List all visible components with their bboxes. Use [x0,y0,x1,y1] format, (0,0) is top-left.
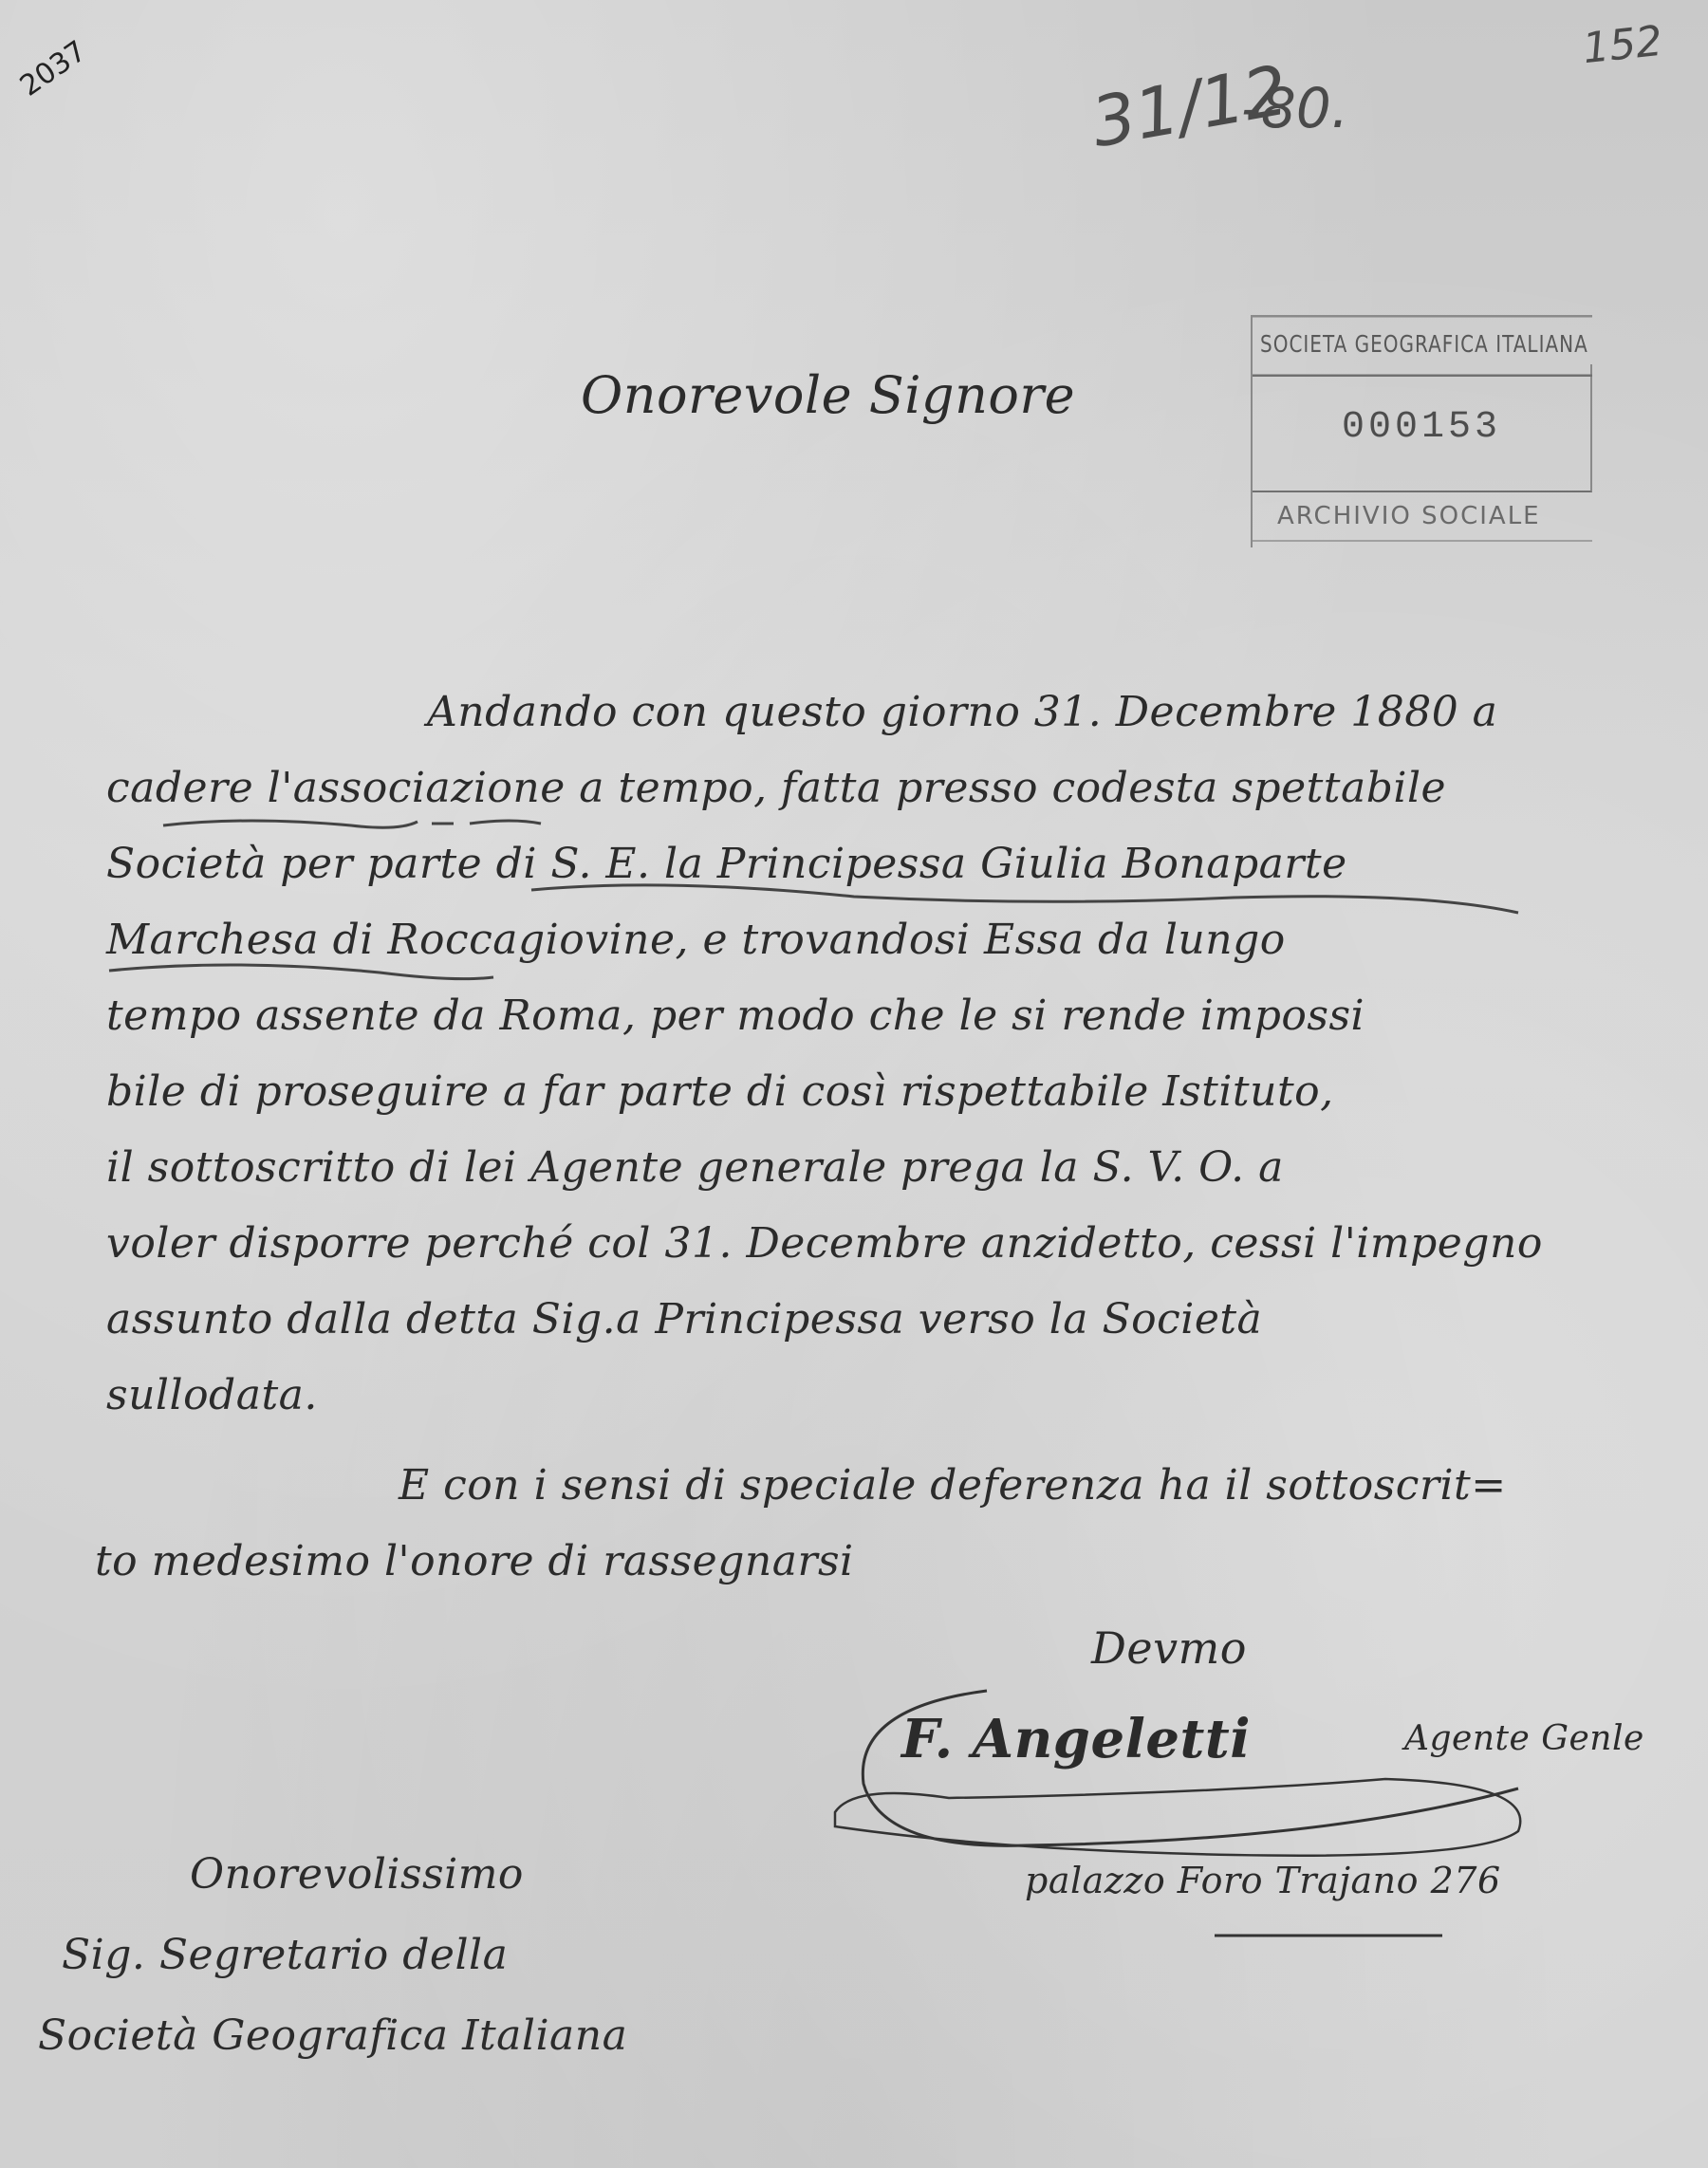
recipient-line: Onorevolissimo [190,1850,524,1899]
body-line: sullodata. [106,1371,318,1419]
archive-stamp: SOCIETA GEOGRAFICA ITALIANA 000153 ARCHI… [1251,315,1592,547]
recipient-line: Sig. Segretario della [62,1931,508,1979]
body-line: voler disporre perché col 31. Decembre a… [106,1219,1543,1268]
date-note-year: -80. [1241,76,1348,140]
salutation: Onorevole Signore [581,365,1075,425]
valediction: Devmo [1091,1622,1247,1674]
closing-line: to medesimo l'onore di rassegnarsi [95,1537,854,1585]
signature-title: Agente Genle [1404,1719,1644,1758]
sender-address: palazzo Foro Trajano 276 [1025,1860,1501,1901]
body-line: cadere l'associazione a tempo, fatta pre… [106,764,1446,812]
body-line: il sottoscritto di lei Agente generale p… [106,1143,1284,1192]
stamp-header: SOCIETA GEOGRAFICA ITALIANA [1253,315,1592,377]
archive-folio-number-left: 2037 [14,34,93,102]
body-line: Società per parte di S. E. la Principess… [106,840,1347,888]
stamp-footer: ARCHIVIO SOCIALE [1253,492,1592,542]
body-line: tempo assente da Roma, per modo che le s… [106,991,1365,1040]
archive-folio-number-right: 152 [1581,17,1665,73]
body-line: assunto dalla detta Sig.a Principessa ve… [106,1295,1262,1343]
body-line: Andando con questo giorno 31. Decembre 1… [427,688,1497,736]
signature: F. Angeletti [901,1708,1251,1770]
body-line: Marchesa di Roccagiovine, e trovandosi E… [106,916,1286,964]
stamp-number: 000153 [1253,364,1592,492]
closing-line: E con i sensi di speciale deferenza ha i… [399,1461,1507,1510]
body-line: bile di proseguire a far parte di così r… [106,1067,1334,1116]
date-note: 31/12 -80. [1091,66,1376,209]
recipient-line: Società Geografica Italiana [38,2011,627,2060]
